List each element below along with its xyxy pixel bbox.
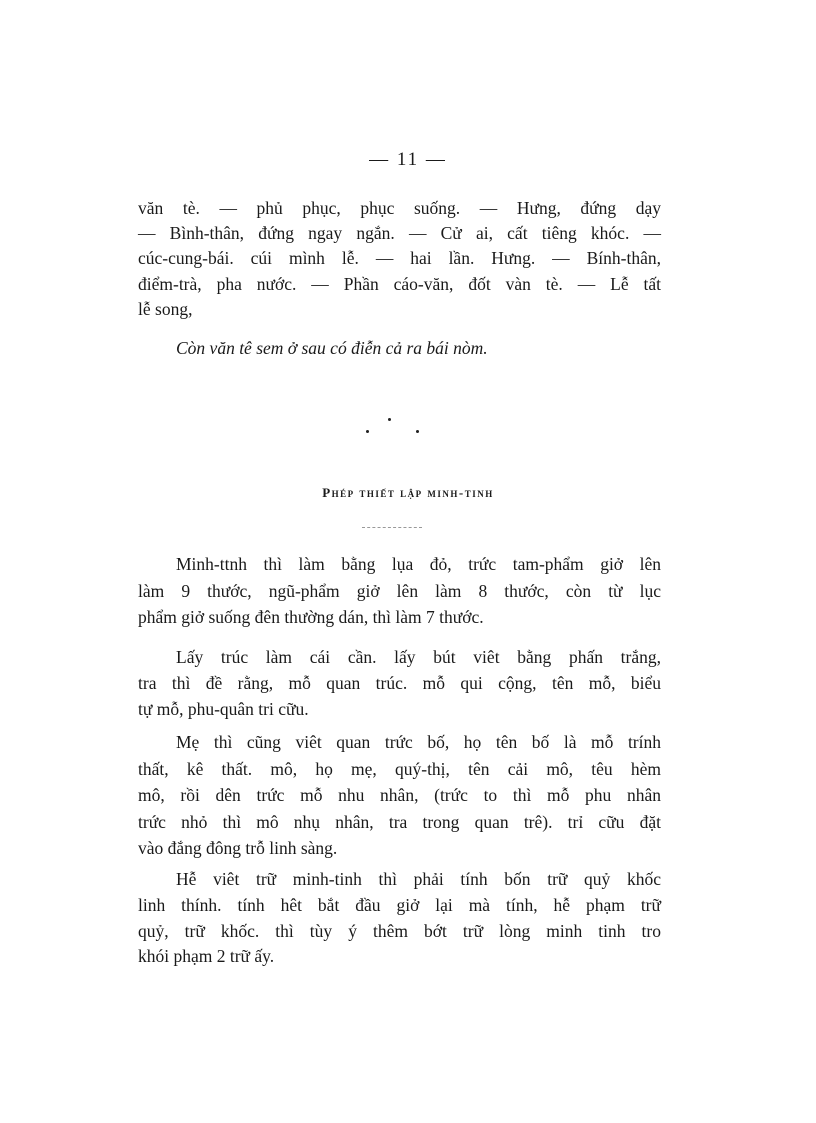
heading-rule: [362, 527, 422, 528]
text-line: cúc-cung-bái. cúi mình lễ. — hai lần. Hư…: [138, 247, 661, 269]
ornament-dots: [360, 410, 450, 440]
text-line: Lấy trúc làm cái cần. lấy bút viêt bằng …: [138, 646, 661, 668]
text-line: mô, rồi dên trức mỗ nhu nhân, (trức to t…: [138, 784, 661, 806]
text-line: khói phạm 2 trữ ấy.: [138, 945, 661, 967]
text-line: — Bình-thân, đứng ngay ngắn. — Cử ai, cấ…: [138, 222, 661, 244]
text-line: Hễ viêt trữ minh-tinh thì phải tính bốn …: [138, 868, 661, 890]
note-line: Còn văn tê sem ở sau có điễn cả ra bái n…: [138, 337, 661, 359]
text-line: Mẹ thì cũng viêt quan trức bố, họ tên bố…: [138, 731, 661, 753]
text-line: văn tè. — phủ phục, phục suống. — Hưng, …: [138, 197, 661, 219]
text-line: điểm-trà, pha nước. — Phần cáo-văn, đốt …: [138, 273, 661, 295]
text-line: quỷ, trữ khốc. thì tùy ý thêm bớt trữ lò…: [138, 920, 661, 942]
text-line: làm 9 thước, ngũ-phẩm giở lên làm 8 thướ…: [138, 580, 661, 602]
section-heading: Phép thiết lập minh-tinh: [0, 485, 816, 501]
text-line: Minh-ttnh thì làm bằng lụa đỏ, trức tam-…: [138, 553, 661, 575]
text-line: tra thì đề rằng, mỗ quan trúc. mỗ qui cộ…: [138, 672, 661, 694]
text-line: lễ song,: [138, 298, 661, 320]
page-number: — 11 —: [0, 149, 816, 171]
text-line: tự mỗ, phu-quân tri cữu.: [138, 698, 661, 720]
text-line: phẩm giở suống đên thường dán, thì làm 7…: [138, 606, 661, 628]
text-line: trức nhỏ thì mô nhụ nhân, tra trong quan…: [138, 811, 661, 833]
text-line: linh thính. tính hêt bắt đầu giở lại mà …: [138, 894, 661, 916]
text-line: vào đắng đông trỗ linh sàng.: [138, 837, 661, 859]
text-line: thất, kê thất. mô, họ mẹ, quý-thị, tên c…: [138, 758, 661, 780]
